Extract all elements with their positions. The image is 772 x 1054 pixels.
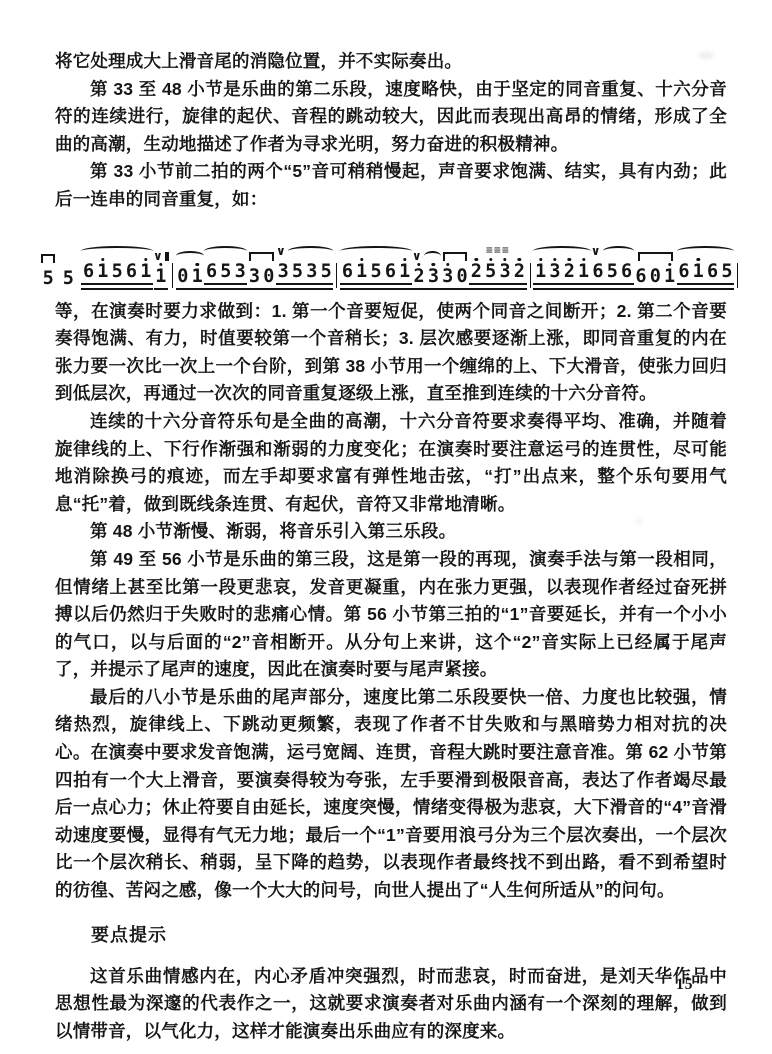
note-digits: 61561 — [81, 262, 153, 290]
note-digit: 6 — [677, 262, 691, 282]
articulation-marks: ∨ — [153, 246, 169, 261]
note-digit: 6 — [634, 267, 648, 287]
note-digits: 653 — [204, 262, 247, 290]
barline-icon — [172, 263, 173, 288]
down-bow-icon — [41, 254, 55, 263]
tremolo-icon: ≡≡≡ — [486, 245, 510, 256]
note-digit: 5 — [369, 262, 383, 282]
note-digits: 30 — [247, 267, 276, 290]
note-digits: 6165 — [677, 262, 734, 290]
notation-group: ∨23 — [412, 246, 441, 290]
notation-group: 30 — [247, 246, 276, 290]
note-digits: 30 — [441, 267, 470, 290]
slur-icon — [288, 246, 334, 256]
note-digits: 3535 — [276, 262, 333, 290]
note-digit: 0 — [648, 267, 662, 287]
note-digits: 61561 — [340, 262, 412, 290]
articulation-marks: ∨ — [412, 246, 441, 261]
note-digits: 1 — [154, 267, 168, 290]
slur-icon — [340, 246, 412, 256]
notation-group: ∨656 — [591, 241, 634, 290]
articulation-marks — [340, 241, 412, 256]
notation-group: 1321 — [533, 241, 590, 290]
articulation-marks — [41, 248, 55, 263]
note-digit: 5 — [61, 269, 75, 289]
note-digit: 3 — [498, 262, 512, 282]
note-digit: 5 — [484, 262, 498, 282]
notation-group: ∨1 — [153, 246, 169, 290]
scanned-book-page: 将它处理成大上滑音尾的消隐位置，并不实际奏出。 第 33 至 48 小节是乐曲的… — [0, 0, 772, 1054]
note-digit: 1 — [154, 267, 168, 287]
notation-group: 61561 — [81, 241, 153, 290]
paragraph: 第 49 至 56 小节是乐曲的第三段，这是第一段的再现，演奏手法与第一段相同，… — [55, 546, 727, 684]
articulation-marks — [61, 248, 75, 263]
note-digit: 5 — [290, 262, 304, 282]
notation-group: 5 — [61, 248, 75, 290]
articulation-marks — [204, 241, 247, 256]
notation-group: 30 — [441, 246, 470, 290]
paragraph: 将它处理成大上滑音尾的消隐位置，并不实际奏出。 — [55, 48, 727, 76]
barline-icon — [737, 263, 738, 288]
note-digit: 6 — [383, 262, 397, 282]
note-digit: 5 — [720, 262, 734, 282]
down-bow-icon — [165, 252, 169, 261]
note-digit: 0 — [176, 267, 190, 287]
slur-icon — [204, 246, 247, 256]
down-bow-icon — [638, 252, 673, 261]
note-digit: 5 — [319, 262, 333, 282]
page-number: 15 — [676, 976, 694, 994]
note-digits: 5 — [41, 269, 55, 290]
paragraph: 第 48 小节渐慢、渐弱，将音乐引入第三乐段。 — [55, 518, 727, 546]
paragraph: 最后的八小节是乐曲的尾声部分，速度比第二乐段要快一倍、力度也比较强，情绪热烈，旋… — [55, 684, 727, 905]
note-digits: 23 — [412, 267, 441, 290]
note-digit: 1 — [691, 262, 705, 282]
note-digit: 0 — [262, 267, 276, 287]
jianpu-notation-line: 5561561∨10165330∨353561561∨2330≡≡≡253213… — [41, 224, 741, 290]
note-digit: 5 — [219, 262, 233, 282]
slur-icon — [533, 246, 590, 256]
paragraph: 第 33 小节前二拍的两个“5”音可稍稍慢起，声音要求饱满、结实，具有内劲；此后… — [55, 158, 727, 213]
note-digit: 6 — [81, 262, 95, 282]
articulation-marks — [247, 246, 276, 261]
note-digit: 1 — [662, 267, 676, 287]
slur-icon — [176, 251, 205, 261]
note-digit: 0 — [455, 267, 469, 287]
note-digit: 2 — [469, 262, 483, 282]
note-digit: 2 — [512, 262, 526, 282]
note-digit: 3 — [276, 262, 290, 282]
notation-group: 5 — [41, 248, 55, 290]
note-digit: 3 — [305, 262, 319, 282]
note-digit: 6 — [340, 262, 354, 282]
notation-group: 653 — [204, 241, 247, 290]
note-digit: 6 — [204, 262, 218, 282]
note-digits: 5 — [61, 269, 75, 290]
notation-group: 61561 — [340, 241, 412, 290]
note-digit: 1 — [139, 262, 153, 282]
note-digit: 3 — [247, 267, 261, 287]
up-bow-icon: ∨ — [153, 251, 163, 261]
note-digit: 2 — [412, 267, 426, 287]
note-digit: 1 — [96, 262, 110, 282]
articulation-marks: ∨ — [276, 241, 333, 256]
section-heading: 要点提示 — [55, 921, 727, 947]
note-digits: 656 — [591, 262, 634, 290]
note-digits: 601 — [634, 267, 677, 290]
notation-group: 601 — [634, 246, 677, 290]
articulation-marks — [533, 241, 590, 256]
down-bow-icon — [249, 252, 274, 261]
page-content: 将它处理成大上滑音尾的消隐位置，并不实际奏出。 第 33 至 48 小节是乐曲的… — [55, 48, 727, 1045]
articulation-marks — [81, 241, 153, 256]
note-digit: 3 — [233, 262, 247, 282]
paragraph: 连续的十六分音符乐句是全曲的高潮，十六分音符要求奏得平均、准确，并随着旋律线的上… — [55, 408, 727, 518]
note-digit: 1 — [355, 262, 369, 282]
slur-icon — [603, 246, 634, 256]
note-digit: 2 — [562, 262, 576, 282]
paragraph: 这首乐曲情感内在，内心矛盾冲突强烈，时而悲哀，时而奋进，是刘天华作品中思想性最为… — [55, 963, 727, 1046]
notation-group: 6165 — [677, 241, 734, 290]
note-digit: 6 — [591, 262, 605, 282]
notation-group: 01 — [176, 246, 205, 290]
note-digit: 5 — [41, 269, 55, 289]
paragraph: 等，在演奏时要力求做到：1. 第一个音要短促，使两个同音之间断开；2. 第二个音… — [55, 298, 727, 408]
paragraph: 第 33 至 48 小节是乐曲的第二乐段，速度略快，由于坚定的同音重复、十六分音… — [55, 76, 727, 159]
articulation-marks — [634, 246, 677, 261]
note-digit: 5 — [110, 262, 124, 282]
barline-icon — [336, 263, 337, 288]
up-bow-icon: ∨ — [276, 246, 286, 256]
slur-icon — [424, 251, 441, 261]
note-digit: 1 — [533, 262, 547, 282]
note-digit: 1 — [190, 267, 204, 287]
slur-icon — [677, 246, 734, 256]
articulation-marks: ∨ — [591, 241, 634, 256]
note-digit: 3 — [441, 267, 455, 287]
articulation-marks — [441, 246, 470, 261]
articulation-marks — [176, 246, 205, 261]
note-digit: 1 — [398, 262, 412, 282]
note-digits: 01 — [176, 267, 205, 290]
up-bow-icon: ∨ — [412, 251, 422, 261]
slur-icon — [81, 246, 153, 256]
down-bow-icon — [443, 252, 468, 261]
note-digit: 6 — [705, 262, 719, 282]
up-bow-icon: ∨ — [591, 246, 601, 256]
note-digit: 6 — [619, 262, 633, 282]
note-digits: 1321 — [533, 262, 590, 290]
articulation-marks: ≡≡≡ — [469, 241, 526, 256]
note-digit: 5 — [605, 262, 619, 282]
note-digit: 1 — [576, 262, 590, 282]
note-digit: 3 — [426, 267, 440, 287]
note-digit: 3 — [548, 262, 562, 282]
notation-group: ∨3535 — [276, 241, 333, 290]
note-digits: 2532 — [469, 262, 526, 290]
barline-icon — [530, 263, 531, 288]
notation-group: ≡≡≡2532 — [469, 241, 526, 290]
note-digit: 6 — [124, 262, 138, 282]
articulation-marks — [677, 241, 734, 256]
